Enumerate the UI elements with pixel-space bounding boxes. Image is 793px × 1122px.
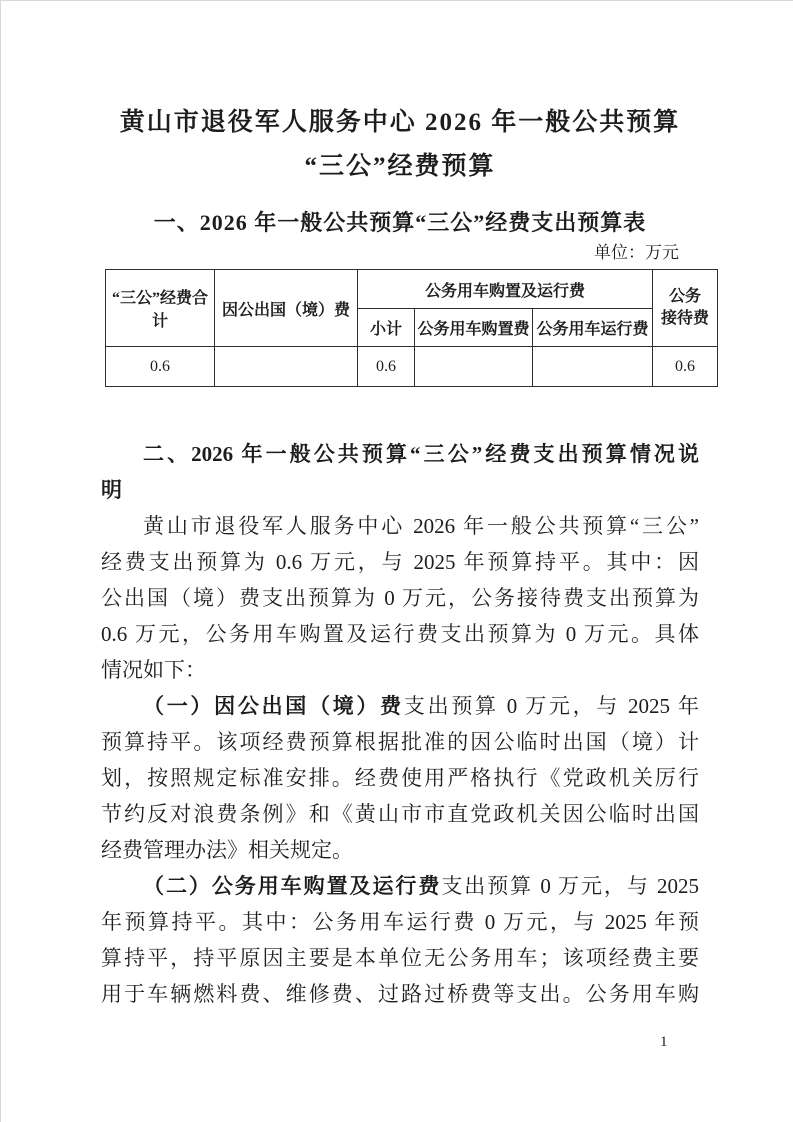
header-sangong-total: “三公”经费合计 bbox=[106, 270, 215, 347]
paragraph-abroad-expense: （一）因公出国（境）费支出预算 0 万元，与 2025 年预算持平。该项经费预算… bbox=[101, 688, 699, 868]
paragraph-overview: 黄山市退役军人服务中心 2026 年一般公共预算“三公”经费支出预算为 0.6 … bbox=[101, 508, 699, 688]
body-text-run: 预算持平。该项经费预算根据批准的因公临时出国（境）计 bbox=[101, 730, 699, 754]
header-vehicle-operation: 公务用车运行费 bbox=[533, 309, 653, 347]
paragraph-vehicle-expense: （二）公务用车购置及运行费支出预算 0 万元，与 2025年预算持平。其中：公务… bbox=[101, 868, 699, 1012]
body-text-bold-run: 二、2026 年一般公共预算“三公”经费支出预算情况说 bbox=[143, 442, 699, 466]
section2-heading: 二、2026 年一般公共预算“三公”经费支出预算情况说明 bbox=[101, 436, 699, 508]
body-line: 年预算持平。其中：公务用车运行费 0 万元，与 2025 年预 bbox=[101, 904, 699, 940]
body-line: 经费支出预算为 0.6 万元，与 2025 年预算持平。其中：因 bbox=[101, 544, 699, 580]
unit-note: 单位：万元 bbox=[101, 242, 699, 264]
body-line: 用于车辆燃料费、维修费、过路过桥费等支出。公务用车购 bbox=[101, 976, 699, 1012]
title-line-1: 黄山市退役军人服务中心 2026 年一般公共预算 bbox=[101, 101, 699, 145]
body-text-bold-run: 明 bbox=[101, 478, 122, 502]
body-text-run: 黄山市退役军人服务中心 2026 年一般公共预算“三公” bbox=[143, 514, 699, 538]
body-text-bold-run: （二）公务用车购置及运行费 bbox=[143, 874, 441, 898]
body-text-run: 公出国（境）费支出预算为 0 万元，公务接待费支出预算为 bbox=[101, 586, 699, 610]
body-text-run: 节约反对浪费条例》和《黄山市市直党政机关因公临时出国 bbox=[101, 802, 699, 826]
body-line: 明 bbox=[101, 472, 699, 508]
body-text-bold-run: （一）因公出国（境）费 bbox=[143, 694, 404, 718]
body-line: 0.6 万元，公务用车购置及运行费支出预算为 0 万元。具体 bbox=[101, 616, 699, 652]
body-text-run: 支出预算 0 万元，与 2025 bbox=[441, 874, 699, 898]
cell-sangong-total: 0.6 bbox=[106, 347, 215, 387]
page-number: 1 bbox=[660, 1032, 668, 1052]
title-line-2: “三公”经费预算 bbox=[101, 145, 699, 189]
body-text-run: 年预算持平。其中：公务用车运行费 0 万元，与 2025 年预 bbox=[101, 910, 699, 934]
body-line: 经费管理办法》相关规定。 bbox=[101, 832, 699, 868]
body-line: 二、2026 年一般公共预算“三公”经费支出预算情况说 bbox=[101, 436, 699, 472]
body-line: （二）公务用车购置及运行费支出预算 0 万元，与 2025 bbox=[101, 868, 699, 904]
section2-body: 二、2026 年一般公共预算“三公”经费支出预算情况说明黄山市退役军人服务中心 … bbox=[101, 436, 699, 1012]
body-text-run: 0.6 万元，公务用车购置及运行费支出预算为 0 万元。具体 bbox=[101, 622, 699, 646]
body-text-run: 经费管理办法》相关规定。 bbox=[101, 838, 353, 862]
body-line: 划，按照规定标准安排。经费使用严格执行《党政机关厉行 bbox=[101, 760, 699, 796]
header-vehicle-subtotal: 小计 bbox=[358, 309, 415, 347]
cell-vehicle-subtotal: 0.6 bbox=[358, 347, 415, 387]
document-title: 黄山市退役军人服务中心 2026 年一般公共预算 “三公”经费预算 bbox=[101, 1, 699, 189]
body-text-run: 经费支出预算为 0.6 万元，与 2025 年预算持平。其中：因 bbox=[101, 550, 699, 574]
body-line: 节约反对浪费条例》和《黄山市市直党政机关因公临时出国 bbox=[101, 796, 699, 832]
body-line: （一）因公出国（境）费支出预算 0 万元，与 2025 年 bbox=[101, 688, 699, 724]
body-line: 算持平，持平原因主要是本单位无公务用车；该项经费主要 bbox=[101, 940, 699, 976]
body-line: 黄山市退役军人服务中心 2026 年一般公共预算“三公” bbox=[101, 508, 699, 544]
section1-heading: 一、2026 年一般公共预算“三公”经费支出预算表 bbox=[101, 207, 699, 239]
body-text-run: 情况如下： bbox=[101, 658, 206, 682]
body-line: 公出国（境）费支出预算为 0 万元，公务接待费支出预算为 bbox=[101, 580, 699, 616]
body-line: 预算持平。该项经费预算根据批准的因公临时出国（境）计 bbox=[101, 724, 699, 760]
body-line: 情况如下： bbox=[101, 652, 699, 688]
cell-abroad-expense bbox=[215, 347, 358, 387]
body-text-run: 划，按照规定标准安排。经费使用严格执行《党政机关厉行 bbox=[101, 766, 699, 790]
header-reception: 公务 接待费 bbox=[653, 270, 718, 347]
header-abroad-expense: 因公出国（境）费 bbox=[215, 270, 358, 347]
header-vehicle-group: 公务用车购置及运行费 bbox=[358, 270, 653, 309]
body-text-run: 支出预算 0 万元，与 2025 年 bbox=[404, 694, 699, 718]
header-vehicle-purchase: 公务用车购置费 bbox=[415, 309, 533, 347]
cell-reception: 0.6 bbox=[653, 347, 718, 387]
body-text-run: 用于车辆燃料费、维修费、过路过桥费等支出。公务用车购 bbox=[101, 982, 699, 1006]
body-text-run: 算持平，持平原因主要是本单位无公务用车；该项经费主要 bbox=[101, 946, 699, 970]
header-reception-line2: 接待费 bbox=[655, 308, 715, 330]
document-page: 黄山市退役军人服务中心 2026 年一般公共预算 “三公”经费预算 一、2026… bbox=[0, 0, 793, 1122]
cell-vehicle-purchase bbox=[415, 347, 533, 387]
header-reception-line1: 公务 bbox=[655, 286, 715, 308]
budget-table: “三公”经费合计 因公出国（境）费 公务用车购置及运行费 公务 接待费 小计 公… bbox=[105, 269, 718, 387]
cell-vehicle-operation bbox=[533, 347, 653, 387]
content-area: 黄山市退役军人服务中心 2026 年一般公共预算 “三公”经费预算 一、2026… bbox=[101, 1, 699, 1012]
